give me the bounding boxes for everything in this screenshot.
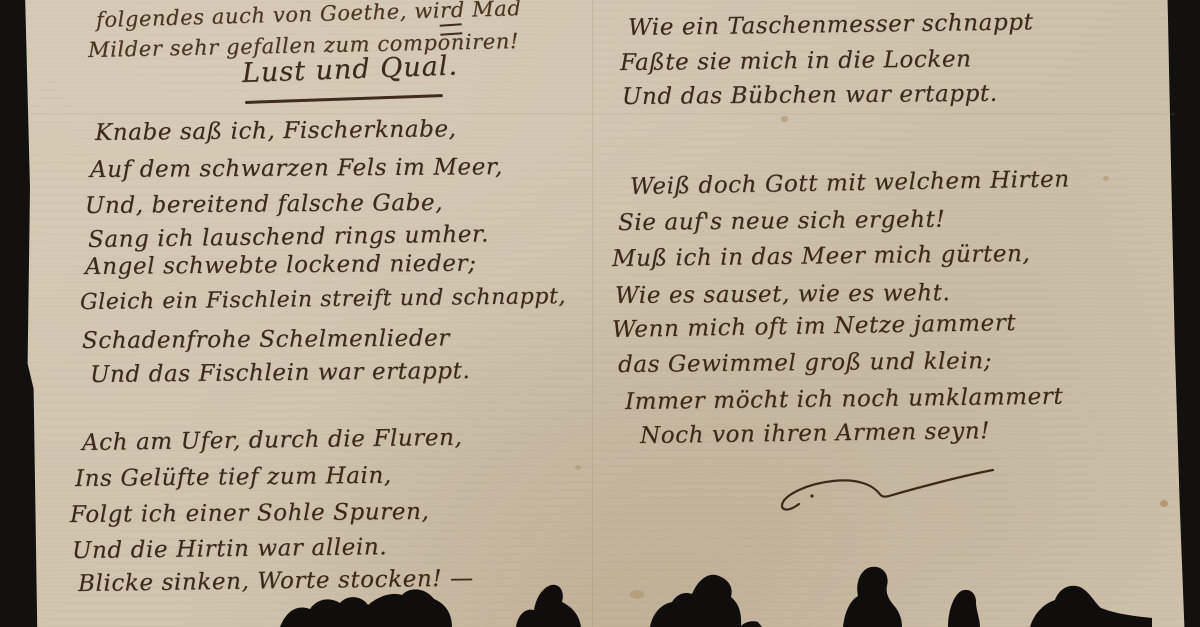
closing-flourish: [775, 458, 1005, 520]
paper-damage-holes: [0, 552, 1200, 627]
poem-line: Wie es sauset, wie es weht.: [615, 280, 951, 309]
foxing-spot: [1160, 500, 1168, 507]
poem-line: Sie auf's neue sich ergeht!: [618, 207, 946, 236]
foxing-spot: [1103, 176, 1109, 181]
poem-line: Knabe saß ich, Fischerknabe,: [95, 116, 457, 146]
center-fold-crease: [592, 0, 594, 627]
poem-line: Noch von ihren Armen seyn!: [640, 418, 990, 449]
poem-line: Und das Fischlein war ertappt.: [90, 358, 471, 388]
poem-line: Immer möcht ich noch umklammert: [625, 384, 1064, 415]
poem-line: Angel schwebte lockend nieder;: [85, 251, 477, 280]
foxing-spot: [781, 116, 788, 122]
horizontal-crease: [30, 113, 1175, 115]
photo-background: folgendes auch von Goethe, wird Mad Mild…: [0, 0, 1200, 627]
poem-line: Auf dem schwarzen Fels im Meer,: [90, 154, 503, 183]
poem-line: Ach am Ufer, durch die Fluren,: [82, 425, 463, 456]
poem-line: das Gewimmel groß und klein;: [618, 348, 992, 378]
poem-line: Schadenfrohe Schelmenlieder: [82, 325, 450, 354]
poem-line: Folgt ich einer Sohle Spuren,: [70, 499, 430, 528]
poem-line: Faßte sie mich in die Locken: [620, 46, 972, 76]
poem-line: Und das Bübchen war ertappt.: [622, 81, 998, 110]
poem-line: Ins Gelüfte tief zum Hain,: [75, 463, 392, 492]
poem-line: Und, bereitend falsche Gabe,: [85, 190, 443, 219]
poem-line: Muß ich in das Meer mich gürten,: [612, 241, 1031, 272]
foxing-spot: [575, 465, 581, 470]
